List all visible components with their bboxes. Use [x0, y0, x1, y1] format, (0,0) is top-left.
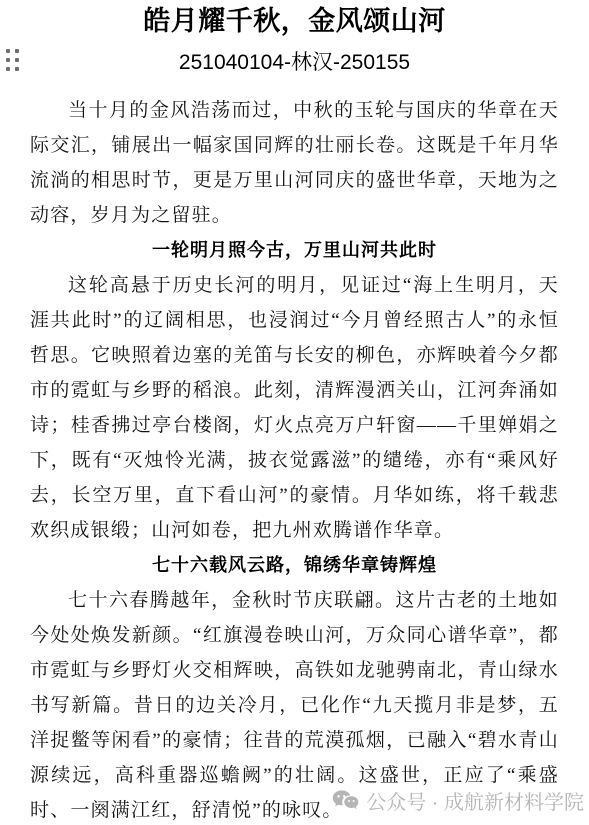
page-subtitle: 251040104-林汉-250155 [0, 50, 589, 76]
handle-dot [15, 58, 19, 62]
paragraph-1: 当十月的金风浩荡而过，中秋的玉轮与国庆的华章在天际交汇，铺展出一幅家国同辉的壮丽… [30, 93, 559, 233]
article-body: 当十月的金风浩荡而过，中秋的玉轮与国庆的华章在天际交汇，铺展出一幅家国同辉的壮丽… [30, 93, 559, 825]
handle-dot [15, 67, 19, 71]
section-heading-1: 一轮明月照今古，万里山河共此时 [30, 233, 559, 268]
section-heading-2: 七十六载风云路，锦绣华章铸辉煌 [30, 548, 559, 583]
handle-dot [6, 58, 10, 62]
wechat-icon [332, 789, 359, 812]
drag-handle-icon[interactable] [6, 49, 22, 75]
page-title: 皓月耀千秋，金风颂山河 [0, 3, 589, 39]
handle-dot [15, 49, 19, 53]
handle-dot [6, 49, 10, 53]
paragraph-2: 这轮高悬于历史长河的明月，见证过“海上生明月，天涯共此时”的辽阔相思，也浸润过“… [30, 268, 559, 548]
handle-dot [6, 67, 10, 71]
watermark: 公众号 · 成航新材料学院 [328, 786, 584, 815]
watermark-label: 公众号 · 成航新材料学院 [366, 786, 584, 815]
